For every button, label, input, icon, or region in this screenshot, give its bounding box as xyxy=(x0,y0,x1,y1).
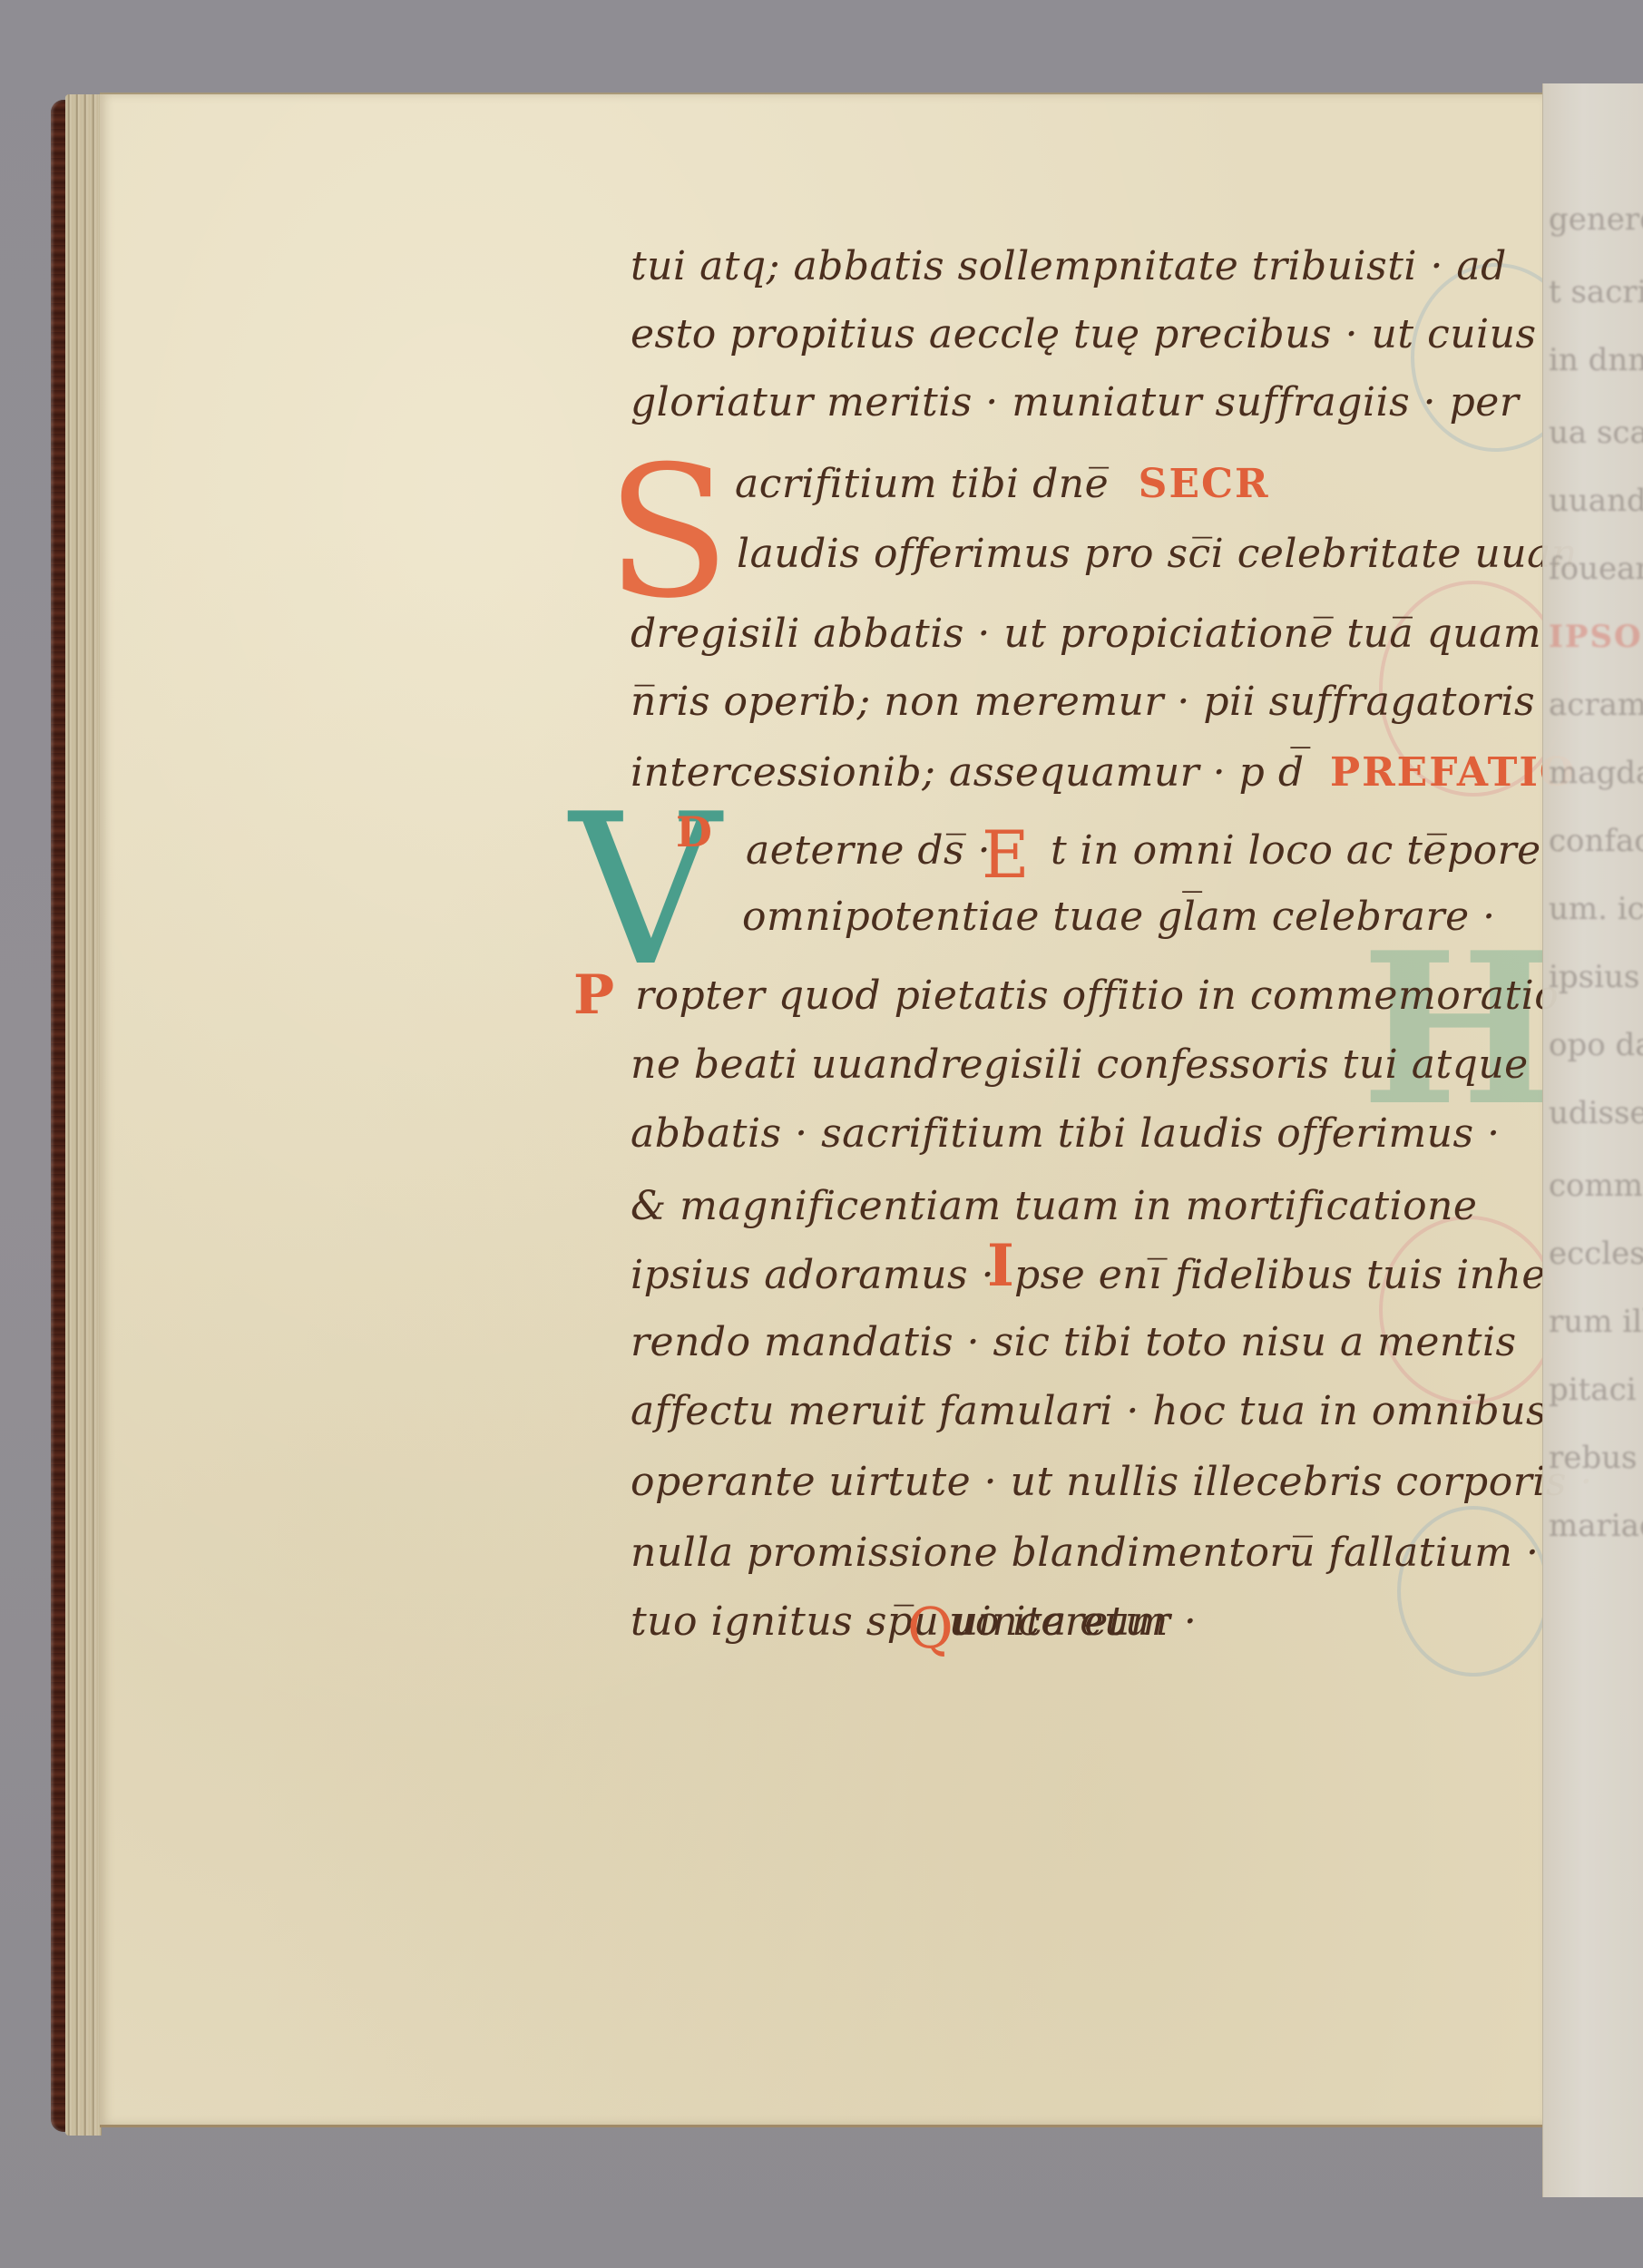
show-through-red-circle-lower xyxy=(1379,1216,1559,1404)
page-edges-stack xyxy=(65,94,102,2136)
text-line-11: ropter quod pietatis offitio in commemor… xyxy=(635,973,1559,1019)
rubric-vd-abbreviation: D xyxy=(676,807,712,856)
initial-Q-red: Q xyxy=(907,1595,954,1661)
facing-line: ipsius xyxy=(1549,959,1639,995)
text-line-20b: uo ita eum xyxy=(949,1598,1169,1645)
facing-line: opo dan xyxy=(1549,1027,1643,1063)
facing-line: um. ico xyxy=(1549,891,1643,927)
text-line-14: & magnificentiam tuam in mortificatione xyxy=(631,1183,1477,1229)
rubric-prefatio: PREFATIO xyxy=(1330,749,1576,796)
text-line-4-body: acrifitium tibi dne̅ xyxy=(735,461,1109,507)
text-line-19: nulla promissione blandimentoru̅ fallati… xyxy=(631,1530,1539,1576)
facing-rubric: IPSO N xyxy=(1549,619,1643,655)
text-line-7: n̅ris operib; non meremur · pii suffraga… xyxy=(631,679,1535,725)
text-line-1: tui atq; abbatis sollempnitate tribuisti… xyxy=(631,243,1507,289)
text-line-18: operante uirtute · ut nullis illecebris … xyxy=(631,1459,1593,1505)
facing-line: t sacrifi xyxy=(1549,274,1643,310)
facing-line: ua sca fe xyxy=(1549,415,1643,451)
initial-I-red: I xyxy=(987,1232,1014,1300)
facing-line: acram xyxy=(1549,687,1643,723)
facing-page-edge: genere p t sacrifi in dnm ua sca fe uuan… xyxy=(1542,83,1643,2197)
facing-line: in dnm xyxy=(1549,342,1643,378)
text-line-16: rendo mandatis · sic tibi toto nisu a me… xyxy=(631,1319,1517,1365)
text-line-10: omnipotentiae tuae gl̅am celebrare · xyxy=(742,894,1496,940)
text-line-2: esto propitius aecclę tuę precibus · ut … xyxy=(631,311,1537,357)
text-line-15b: pse eni̅ fidelibus tuis inhe xyxy=(1014,1252,1546,1298)
text-line-15: ipsius adoramus · xyxy=(631,1252,994,1298)
show-through-initial-H: H xyxy=(1361,925,1558,1134)
rubric-secr: SECR xyxy=(1139,461,1270,507)
facing-line: confacel xyxy=(1549,823,1643,859)
facing-line: uuandr xyxy=(1549,483,1643,519)
facing-line: foueam xyxy=(1549,551,1643,587)
text-line-8: intercessionib; assequamur · p d̅ PREFAT… xyxy=(631,749,1576,796)
text-line-17: affectu meruit famulari · hoc tua in omn… xyxy=(631,1388,1547,1434)
facing-line: rebus xyxy=(1549,1440,1637,1476)
text-line-3: gloriatur meritis · muniatur suffragiis … xyxy=(631,379,1519,425)
text-line-9: aeterne ds̅ · xyxy=(746,827,991,874)
facing-line: mariae xyxy=(1549,1508,1643,1544)
text-line-5: laudis offerimus pro sc̅i celebritate uu… xyxy=(737,531,1578,577)
text-line-4: acrifitium tibi dne̅ SECR xyxy=(735,461,1270,507)
facing-line: genere p xyxy=(1549,201,1643,238)
facing-line: pitaci xyxy=(1549,1372,1637,1408)
facing-line: commen xyxy=(1549,1168,1643,1204)
facing-line: magdal xyxy=(1549,755,1643,791)
facing-line: udisse b xyxy=(1549,1095,1643,1131)
initial-P-red: P xyxy=(573,963,614,1027)
facing-line: ecclesiam xyxy=(1549,1236,1643,1272)
text-line-6: dregisili abbatis · ut propiciatione̅ tu… xyxy=(631,611,1541,657)
text-line-13: abbatis · sacrifitium tibi laudis offeri… xyxy=(631,1110,1501,1157)
text-line-8-body: intercessionib; assequamur · p d̅ xyxy=(631,749,1305,796)
initial-E-red: E xyxy=(982,816,1030,893)
initial-S-red: S xyxy=(606,443,730,624)
text-line-9b: t in omni loco ac te̅pore · xyxy=(1051,827,1568,874)
facing-line: rum illi xyxy=(1549,1304,1643,1340)
text-line-12: ne beati uuandregisili confessoris tui a… xyxy=(631,1041,1529,1088)
